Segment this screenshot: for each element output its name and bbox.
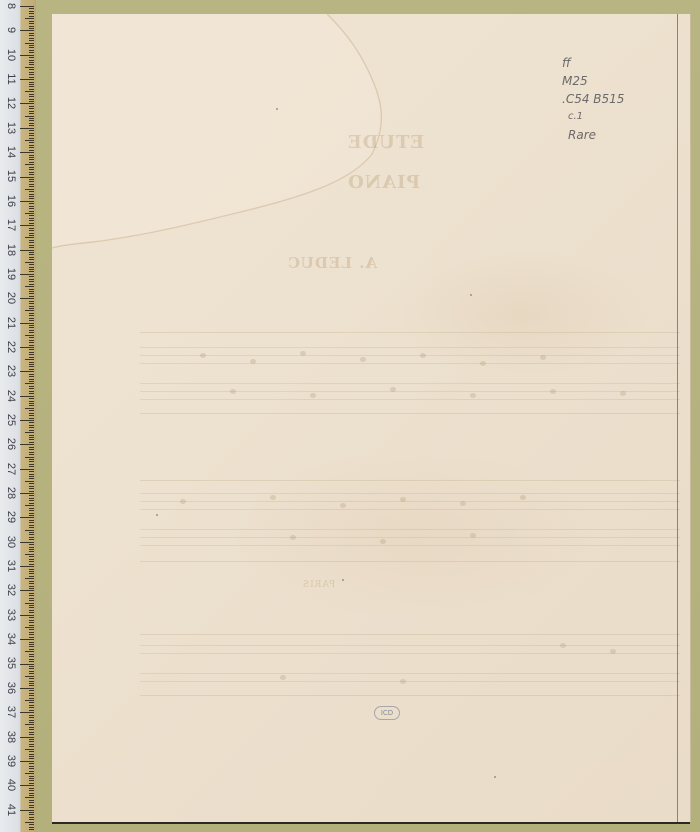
ruler-tick: [29, 374, 34, 375]
ruler-tick: [25, 335, 34, 336]
ruler-tick: [29, 491, 34, 492]
ruler-tick: [25, 481, 34, 482]
ruler-tick: [29, 69, 34, 70]
ruler-tick: [29, 413, 34, 414]
ruler-tick: [29, 11, 34, 12]
ruler-tick: [29, 746, 34, 747]
ruler-tick: [29, 147, 34, 148]
ruler-tick: [20, 323, 34, 324]
ruler-tick: [20, 103, 34, 104]
ruler-tick: [29, 401, 34, 402]
ruler-tick: [20, 810, 34, 811]
ruler-tick: [25, 797, 34, 798]
ruler-tick: [29, 600, 34, 601]
ruler-tick: [29, 133, 34, 134]
ruler-tick: [25, 213, 34, 214]
ruler-label: 12: [5, 93, 17, 113]
ruler-tick: [25, 116, 34, 117]
ruler-tick: [25, 164, 34, 165]
ruler-tick: [29, 695, 34, 696]
ruler-tick: [29, 819, 34, 820]
ruler-tick: [29, 35, 34, 36]
ruler-tick: [25, 530, 34, 531]
scanned-document: 8910111213141516171819202122232425262728…: [0, 0, 700, 832]
ruler-label: 31: [5, 556, 17, 576]
ruler-tick: [25, 18, 34, 19]
ruler-tick: [29, 681, 34, 682]
ruler-tick: [29, 57, 34, 58]
ruler-tick: [29, 632, 34, 633]
ruler-tick: [29, 194, 34, 195]
ruler-tick: [29, 654, 34, 655]
ruler-tick: [29, 435, 34, 436]
ruler-tick: [29, 527, 34, 528]
ruler-tick: [25, 749, 34, 750]
ruler-tick: [29, 788, 34, 789]
ruler-tick: [29, 369, 34, 370]
ruler-tick: [29, 289, 34, 290]
ruler-tick: [29, 715, 34, 716]
ruler-label: 34: [5, 629, 17, 649]
ruler-tick: [20, 225, 34, 226]
ruler-label: 33: [5, 605, 17, 625]
ruler-tick: [20, 542, 34, 543]
ruler-label: 29: [5, 507, 17, 527]
ruler-tick: [29, 342, 34, 343]
ruler-tick: [20, 396, 34, 397]
ruler-tick: [29, 106, 34, 107]
ruler-label: 40: [5, 775, 17, 795]
ruler-tick: [29, 520, 34, 521]
ruler-tick: [29, 573, 34, 574]
ruler-tick: [29, 698, 34, 699]
ruler-tick: [29, 659, 34, 660]
ruler-tick: [29, 454, 34, 455]
ruler-tick: [25, 262, 34, 263]
ruler-tick: [29, 646, 34, 647]
ruler-tick: [29, 824, 34, 825]
ruler-tick: [20, 152, 34, 153]
ruler-tick: [20, 298, 34, 299]
ruler-tick: [29, 771, 34, 772]
ruler-tick: [29, 52, 34, 53]
ruler-tick: [29, 381, 34, 382]
ruler-tick: [20, 688, 34, 689]
bleed-footer: PARIS: [302, 580, 335, 590]
ruler-label: 10: [5, 45, 17, 65]
ruler-label: 13: [5, 118, 17, 138]
ruler-tick: [29, 337, 34, 338]
ruler-tick: [29, 729, 34, 730]
ruler-tick: [29, 223, 34, 224]
ruler-tick: [25, 603, 34, 604]
bleed-subtitle: PIANO: [347, 172, 420, 193]
ruler-tick: [29, 186, 34, 187]
ruler-tick: [29, 544, 34, 545]
ruler-label: 8: [5, 0, 17, 16]
ruler-tick: [29, 510, 34, 511]
ruler-tick: [29, 783, 34, 784]
ruler-tick: [29, 807, 34, 808]
ruler-tick: [29, 33, 34, 34]
ruler-tick: [29, 257, 34, 258]
ruler-label: 30: [5, 532, 17, 552]
ruler-tick: [29, 656, 34, 657]
ruler-tick: [29, 410, 34, 411]
ruler-tick: [25, 189, 34, 190]
call-number-line-4: c.1: [568, 108, 624, 126]
ruler-label: 16: [5, 191, 17, 211]
ruler-tick: [29, 306, 34, 307]
ruler-tick: [29, 281, 34, 282]
ruler-tick: [20, 785, 34, 786]
measuring-ruler: 8910111213141516171819202122232425262728…: [0, 0, 36, 832]
ruler-tick: [29, 23, 34, 24]
ruler-tick: [29, 805, 34, 806]
ruler-tick: [29, 513, 34, 514]
ruler-tick: [29, 403, 34, 404]
ruler-tick: [29, 588, 34, 589]
ruler-tick: [29, 386, 34, 387]
ruler-tick: [29, 678, 34, 679]
ruler-tick: [29, 559, 34, 560]
ruler-tick: [29, 50, 34, 51]
ruler-tick: [29, 758, 34, 759]
ruler-tick: [29, 549, 34, 550]
ruler-tick: [29, 101, 34, 102]
ruler-tick: [29, 120, 34, 121]
ruler-tick: [29, 459, 34, 460]
ruler-tick: [29, 547, 34, 548]
ruler-tick: [29, 271, 34, 272]
ruler-tick: [29, 793, 34, 794]
ruler-tick: [29, 425, 34, 426]
ruler-tick: [20, 615, 34, 616]
ruler-tick: [29, 593, 34, 594]
ruler-tick: [29, 293, 34, 294]
ruler-tick: [20, 55, 34, 56]
ruler-tick: [29, 113, 34, 114]
ruler-tick: [29, 169, 34, 170]
ruler-tick: [20, 737, 34, 738]
ruler-tick: [29, 620, 34, 621]
ruler-label: 36: [5, 678, 17, 698]
ruler-tick: [29, 96, 34, 97]
ruler-label: 32: [5, 580, 17, 600]
ruler-tick: [29, 291, 34, 292]
ruler-tick: [29, 449, 34, 450]
ruler-tick: [29, 308, 34, 309]
ruler-tick: [29, 629, 34, 630]
ruler-tick: [29, 364, 34, 365]
ruler-tick: [29, 269, 34, 270]
bleed-staff-system-2: [140, 480, 680, 562]
ruler-tick: [29, 605, 34, 606]
ruler-label: 35: [5, 653, 17, 673]
ruler-tick: [29, 45, 34, 46]
ruler-tick: [29, 398, 34, 399]
ruler-tick: [29, 327, 34, 328]
ruler-tick: [29, 332, 34, 333]
ruler-tick: [25, 237, 34, 238]
ruler-label: 28: [5, 483, 17, 503]
ruler-tick: [29, 756, 34, 757]
ruler-tick: [29, 21, 34, 22]
ruler-tick: [29, 47, 34, 48]
ruler-tick: [29, 99, 34, 100]
ruler-tick: [29, 167, 34, 168]
ruler-tick: [29, 483, 34, 484]
ruler-tick: [29, 391, 34, 392]
ruler-tick: [29, 206, 34, 207]
ruler-tick: [29, 376, 34, 377]
ruler-tick: [29, 732, 34, 733]
ruler-tick: [20, 761, 34, 762]
ruler-tick: [29, 464, 34, 465]
ruler-tick: [29, 476, 34, 477]
ruler-tick: [29, 94, 34, 95]
ruler-label: 22: [5, 337, 17, 357]
ruler-tick: [29, 668, 34, 669]
ruler-tick: [29, 690, 34, 691]
ruler-tick: [29, 702, 34, 703]
ruler-tick: [29, 145, 34, 146]
ruler-tick: [29, 276, 34, 277]
ruler-tick: [29, 763, 34, 764]
ruler-tick: [29, 155, 34, 156]
ruler-tick: [29, 649, 34, 650]
ruler-tick: [20, 6, 34, 7]
call-number-line-1: ff: [562, 54, 624, 72]
ruler-tick: [29, 240, 34, 241]
ruler-tick: [29, 330, 34, 331]
ruler-tick: [29, 349, 34, 350]
ruler-tick: [29, 357, 34, 358]
ruler-tick: [20, 79, 34, 80]
ruler-label: 26: [5, 434, 17, 454]
ruler-tick: [29, 89, 34, 90]
ruler-tick: [29, 534, 34, 535]
ruler-tick: [29, 162, 34, 163]
ruler-tick: [29, 74, 34, 75]
ruler-tick: [29, 82, 34, 83]
ruler-tick: [25, 700, 34, 701]
ruler-tick: [29, 235, 34, 236]
ruler-tick: [29, 595, 34, 596]
ruler-tick: [29, 471, 34, 472]
ruler-tick: [29, 790, 34, 791]
ruler-tick: [20, 30, 34, 31]
call-number-line-5: Rare: [568, 126, 624, 144]
ruler-tick: [29, 722, 34, 723]
ruler-tick: [29, 123, 34, 124]
ruler-tick: [29, 379, 34, 380]
ruler-tick: [29, 111, 34, 112]
ruler-tick: [29, 817, 34, 818]
ruler-tick: [20, 250, 34, 251]
ruler-tick: [29, 245, 34, 246]
ruler-tick: [29, 720, 34, 721]
ruler-tick: [29, 340, 34, 341]
ruler-tick: [29, 118, 34, 119]
ruler-tick: [29, 72, 34, 73]
ruler-tick: [29, 13, 34, 14]
bleed-staff-system-3: [140, 634, 680, 696]
ruler-tick: [29, 16, 34, 17]
ruler-tick: [25, 651, 34, 652]
ruler-tick: [29, 157, 34, 158]
ruler-tick: [20, 347, 34, 348]
ruler-tick: [29, 86, 34, 87]
ruler-tick: [29, 673, 34, 674]
ruler-tick: [29, 427, 34, 428]
ruler-tick: [29, 814, 34, 815]
ruler-label: 21: [5, 313, 17, 333]
ruler-tick: [29, 569, 34, 570]
ruler-tick: [20, 566, 34, 567]
ruler-tick: [25, 432, 34, 433]
ruler-tick: [29, 40, 34, 41]
ruler-tick: [20, 177, 34, 178]
ruler-tick: [25, 310, 34, 311]
ruler-tick: [29, 571, 34, 572]
ruler-tick: [29, 284, 34, 285]
ruler-tick: [29, 196, 34, 197]
ruler-tick: [29, 418, 34, 419]
ruler-label: 20: [5, 288, 17, 308]
ruler-label: 41: [5, 800, 17, 820]
ruler-tick: [29, 539, 34, 540]
ruler-tick: [29, 525, 34, 526]
ruler-tick: [29, 581, 34, 582]
ruler-label: 25: [5, 410, 17, 430]
ruler-tick: [29, 366, 34, 367]
ruler-tick: [29, 734, 34, 735]
ruler-tick: [25, 554, 34, 555]
ruler-tick: [29, 768, 34, 769]
ruler-label: 15: [5, 166, 17, 186]
ruler-tick: [20, 590, 34, 591]
ruler-tick: [29, 60, 34, 61]
paper-fold-edge: [677, 14, 678, 822]
ruler-tick: [29, 181, 34, 182]
ruler-tick: [29, 252, 34, 253]
ruler-tick: [29, 776, 34, 777]
call-number-line-3: .C54 B515: [562, 90, 624, 108]
ruler-tick: [29, 315, 34, 316]
library-stamp: ICD: [374, 706, 400, 720]
ruler-label: 9: [5, 20, 17, 40]
water-stain: [52, 14, 392, 254]
ruler-label: 18: [5, 240, 17, 260]
ruler-tick: [25, 383, 34, 384]
ruler-tick: [29, 561, 34, 562]
ruler-tick: [25, 140, 34, 141]
ruler-tick: [29, 671, 34, 672]
ruler-tick: [25, 408, 34, 409]
ruler-tick: [29, 622, 34, 623]
ruler-tick: [29, 430, 34, 431]
ruler-tick: [29, 795, 34, 796]
ruler-tick: [25, 627, 34, 628]
ruler-tick: [25, 578, 34, 579]
ruler-tick: [29, 812, 34, 813]
ruler-tick: [25, 773, 34, 774]
ruler-tick: [29, 313, 34, 314]
ruler-tick: [29, 415, 34, 416]
ruler-tick: [29, 478, 34, 479]
ruler-tick: [29, 142, 34, 143]
ruler-label: 39: [5, 751, 17, 771]
ruler-tick: [29, 625, 34, 626]
ruler-tick: [29, 259, 34, 260]
ruler-tick: [29, 827, 34, 828]
ruler-tick: [29, 474, 34, 475]
ruler-tick: [29, 727, 34, 728]
ruler-tick: [29, 233, 34, 234]
ruler-tick: [29, 634, 34, 635]
ruler-tick: [29, 198, 34, 199]
ruler-tick: [29, 802, 34, 803]
ruler-tick: [29, 184, 34, 185]
ruler-tick: [29, 191, 34, 192]
ruler-tick: [25, 43, 34, 44]
ruler-tick: [29, 583, 34, 584]
ruler-tick: [29, 598, 34, 599]
ruler-tick: [20, 420, 34, 421]
ruler-label: 24: [5, 386, 17, 406]
ruler-tick: [29, 179, 34, 180]
ruler-tick: [29, 138, 34, 139]
ruler-tick: [29, 495, 34, 496]
ruler-label: 11: [5, 69, 17, 89]
ruler-tick: [20, 371, 34, 372]
ruler-tick: [29, 705, 34, 706]
ruler-tick: [29, 766, 34, 767]
ruler-tick: [29, 172, 34, 173]
ruler-tick: [20, 444, 34, 445]
ruler-tick: [29, 362, 34, 363]
ruler-tick: [29, 108, 34, 109]
ruler-tick: [29, 125, 34, 126]
ruler-tick: [29, 301, 34, 302]
ruler-tick: [25, 822, 34, 823]
ruler-tick: [29, 829, 34, 830]
ruler-tick: [20, 664, 34, 665]
ruler-tick: [29, 64, 34, 65]
ruler-tick: [29, 466, 34, 467]
ruler-tick: [29, 135, 34, 136]
ruler-tick: [25, 91, 34, 92]
ruler-tick: [29, 551, 34, 552]
ruler-tick: [29, 642, 34, 643]
ruler-tick: [29, 683, 34, 684]
ruler-tick: [29, 8, 34, 9]
ruler-tick: [29, 159, 34, 160]
ruler-tick: [20, 712, 34, 713]
ruler-tick: [29, 28, 34, 29]
ruler-tick: [29, 800, 34, 801]
ruler-tick: [29, 739, 34, 740]
ruler-tick: [29, 778, 34, 779]
ruler-label: 19: [5, 264, 17, 284]
catalog-call-number: ff M25 .C54 B515 c.1 Rare: [562, 54, 624, 144]
ruler-tick: [20, 493, 34, 494]
ruler-tick: [29, 174, 34, 175]
ruler-tick: [29, 617, 34, 618]
ruler-tick: [29, 345, 34, 346]
ruler-tick: [29, 666, 34, 667]
